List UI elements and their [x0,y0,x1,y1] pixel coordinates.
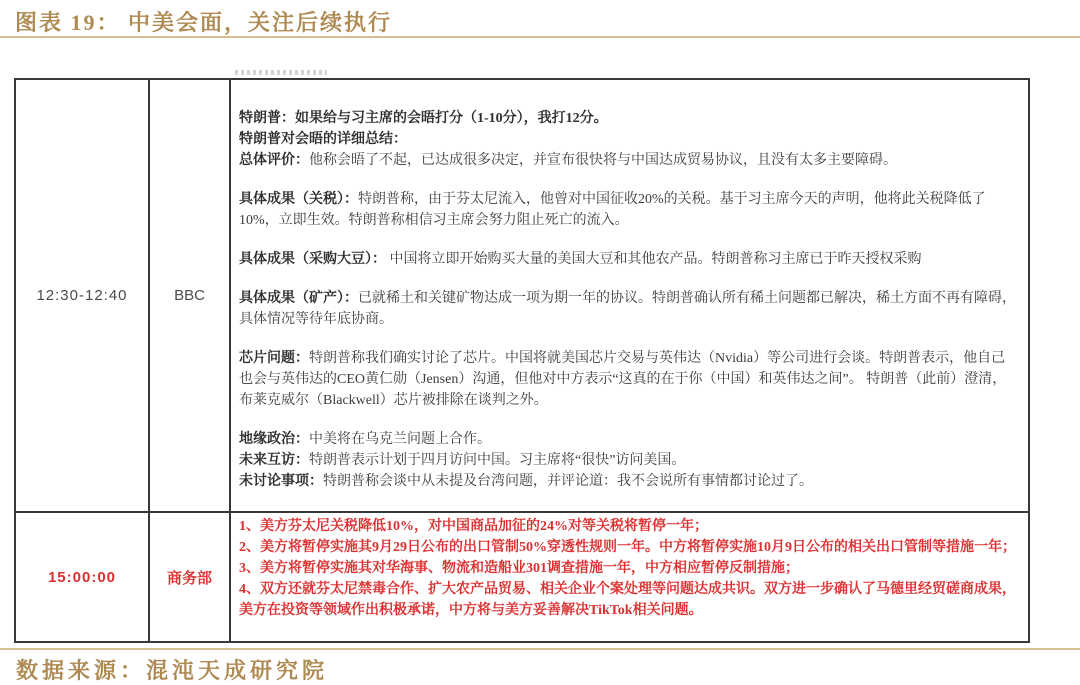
paragraph-label: 地缘政治： [239,432,309,447]
clipped-text-remnant [235,70,327,75]
content-cell-mofcom: 1、美方芬太尼关税降低10%，对中国商品加征的24%对等关税将暂停一年； 2、美… [231,513,1028,641]
paragraph-label: 具体成果（关税）： [239,192,358,207]
table-row-bbc: 12:30-12:40 BBC 特朗普：如果给与习主席的会晤打分（1-10分），… [16,80,1028,511]
paragraph-label: 未来互访： [239,453,309,468]
paragraph-label: 芯片问题： [239,351,309,366]
paragraph-text: 他称会晤了不起，已达成很多决定，并宣布很快将与中国达成贸易协议，且没有太多主要障… [309,153,897,168]
mofcom-item-3: 3、美方将暂停实施其对华海事、物流和造船业301调查措施一年，中方相应暂停反制措… [239,558,1016,579]
paragraph-overall: 总体评价：他称会晤了不起，已达成很多决定，并宣布很快将与中国达成贸易协议，且没有… [239,150,1016,171]
table-row-mofcom: 15:00:00 商务部 1、美方芬太尼关税降低10%，对中国商品加征的24%对… [16,511,1028,641]
paragraph-label: 总体评价： [239,153,309,168]
time-cell: 15:00:00 [16,513,150,641]
paragraph-not-discussed: 未讨论事项：特朗普称会谈中从未提及台湾问题，并评论道：我不会说所有事情都讨论过了… [239,471,1016,492]
footer-rule [0,648,1080,650]
paragraph-summary-heading: 特朗普对会晤的详细总结： [239,129,1016,150]
paragraph-text: 特朗普表示计划于四月访问中国。习主席将“很快”访问美国。 [309,453,685,468]
mofcom-item-2: 2、美方将暂停实施其9月29日公布的出口管制50%穿透性规则一年。中方将暂停实施… [239,537,1016,558]
paragraph-tariff: 具体成果（关税）：特朗普称，由于芬太尼流入，他曾对中国征收20%的关税。基于习主… [239,189,1016,231]
meeting-table: 12:30-12:40 BBC 特朗普：如果给与习主席的会晤打分（1-10分），… [14,78,1030,643]
data-source: 数据来源：混沌天成研究院 [16,654,328,685]
paragraph-label: 特朗普：如果给与习主席的会晤打分（1-10分），我打12分。 [239,111,608,126]
paragraph-soybeans: 具体成果（采购大豆）： 中国将立即开始购买大量的美国大豆和其他农产品。特朗普称习… [239,249,1016,270]
paragraph-label: 未讨论事项： [239,474,323,489]
content-cell-bbc: 特朗普：如果给与习主席的会晤打分（1-10分），我打12分。 特朗普对会晤的详细… [231,80,1028,511]
paragraph-text: 特朗普称会谈中从未提及台湾问题，并评论道：我不会说所有事情都讨论过了。 [323,474,813,489]
title-underline [0,36,1080,38]
paragraph-text: 特朗普称我们确实讨论了芯片。中国将就美国芯片交易与英伟达（Nvidia）等公司进… [239,351,1006,408]
paragraph-visits: 未来互访：特朗普表示计划于四月访问中国。习主席将“很快”访问美国。 [239,450,1016,471]
paragraph-label: 具体成果（矿产）： [239,291,358,306]
paragraph-geopolitics: 地缘政治：中美将在乌克兰问题上合作。 [239,429,1016,450]
paragraph-minerals: 具体成果（矿产）：已就稀土和关键矿物达成一项为期一年的协议。特朗普确认所有稀土问… [239,288,1016,330]
source-cell: BBC [150,80,231,511]
paragraph-label: 特朗普对会晤的详细总结： [239,132,407,147]
paragraph-trump-score: 特朗普：如果给与习主席的会晤打分（1-10分），我打12分。 [239,108,1016,129]
mofcom-item-1: 1、美方芬太尼关税降低10%，对中国商品加征的24%对等关税将暂停一年； [239,516,1016,537]
paragraph-chips: 芯片问题：特朗普称我们确实讨论了芯片。中国将就美国芯片交易与英伟达（Nvidia… [239,348,1016,411]
paragraph-text: 中美将在乌克兰问题上合作。 [309,432,491,447]
figure-title: 图表 19： 中美会面，关注后续执行 [15,6,392,37]
time-cell: 12:30-12:40 [16,80,150,511]
paragraph-label: 具体成果（采购大豆）： [239,252,386,267]
source-cell: 商务部 [150,513,231,641]
mofcom-item-4: 4、双方还就芬太尼禁毒合作、扩大农产品贸易、相关企业个案处理等问题达成共识。双方… [239,579,1016,621]
paragraph-text: 中国将立即开始购买大量的美国大豆和其他农产品。特朗普称习主席已于昨天授权采购 [386,252,922,267]
